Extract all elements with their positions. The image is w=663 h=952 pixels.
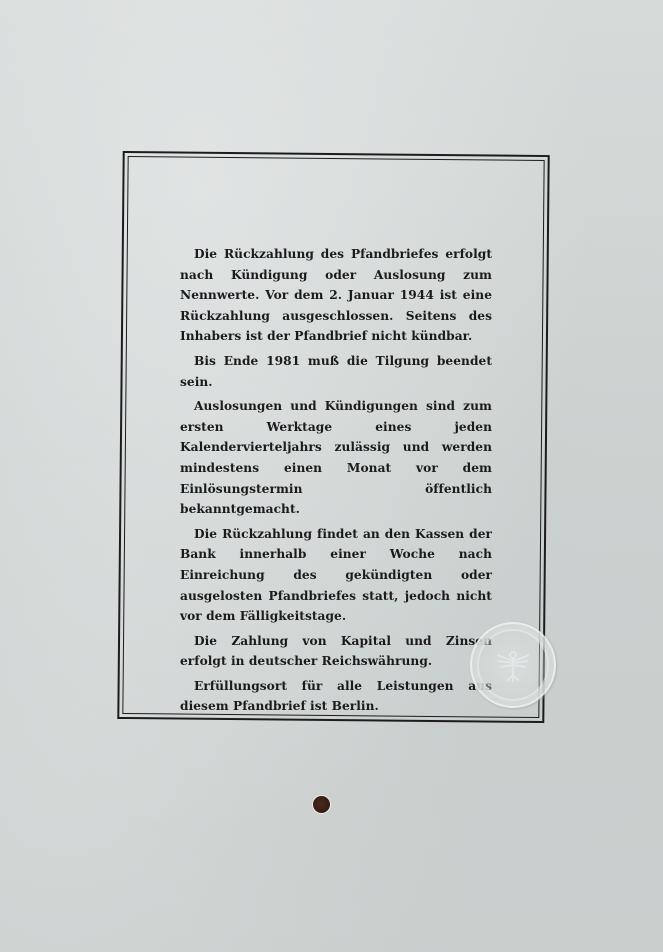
embossed-seal <box>470 622 556 708</box>
paragraph-payment-location: Die Rückzahlung findet an den Kassen der… <box>180 524 492 627</box>
paragraph-repayment: Die Rückzahlung des Pfandbriefes erfolgt… <box>180 244 492 347</box>
paragraph-amortization-deadline: Bis Ende 1981 muß die Tilgung beendet se… <box>180 351 492 392</box>
paragraph-drawings-notice: Auslosungen und Kündigungen sind zum ers… <box>180 396 492 520</box>
eagle-icon <box>491 643 535 687</box>
punch-hole <box>313 796 330 813</box>
paragraph-place-of-fulfilment: Erfüllungsort für alle Leistungen aus di… <box>180 676 492 717</box>
bond-conditions-text: Die Rückzahlung des Pfandbriefes erfolgt… <box>180 244 492 721</box>
paragraph-currency: Die Zahlung von Kapital und Zinsen erfol… <box>180 631 492 672</box>
